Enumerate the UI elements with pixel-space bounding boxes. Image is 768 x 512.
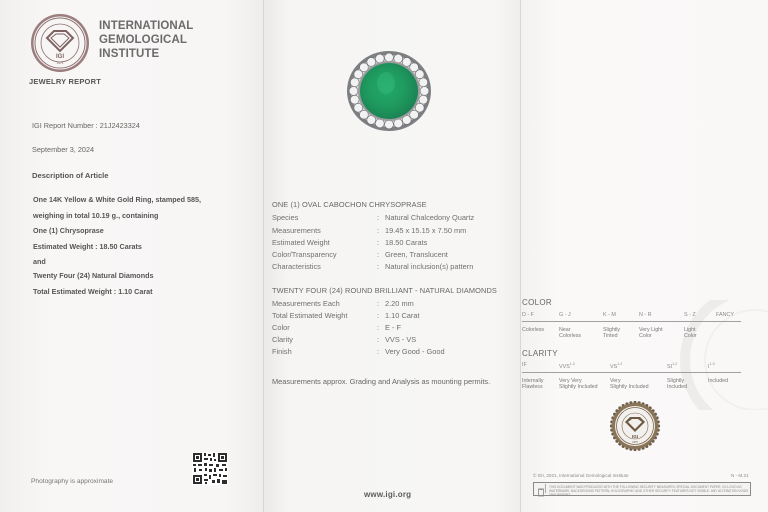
igi-logo-icon: IGI 1975 [30,13,90,73]
report-date: September 3, 2024 [32,145,94,154]
scale-grade: VVS1-2 [559,362,575,370]
copyright-text: © IGI, 2021, International Gemological I… [533,473,629,478]
scale-description: Included [708,378,728,384]
svg-text:IGI: IGI [56,54,64,60]
clarity-scale: IFVVS1-2VS1-2SI1-2I1-3 InternallyFlawles… [522,362,741,372]
scale-grade: D - F [522,312,534,318]
svg-text:IGI: IGI [632,434,638,439]
security-notice: This document was produced with the foll… [533,482,751,496]
scale-description: NearColorless [559,327,581,339]
color-scale-title: COLOR [522,298,552,307]
description-line: and [33,257,46,266]
fold-line [520,0,521,512]
description-line: Total Estimated Weight : 1.10 Carat [33,287,153,296]
description-line: One (1) Chrysoprase [33,226,104,235]
scale-description: SlightlyIncluded [667,378,687,390]
photography-note: Photography is approximate [31,478,113,485]
ring-photo [346,50,432,132]
scale-description: VerySlightly Included [610,378,649,390]
color-scale: D - FG - JK - MN - RS - ZFANCY Colorless… [522,312,741,322]
scale-description: LightColor [684,327,697,339]
divider [522,372,741,373]
description-line: One 14K Yellow & White Gold Ring, stampe… [33,195,201,204]
security-notice-text: This document was produced with the foll… [549,485,749,495]
scale-grade: G - J [559,312,571,318]
organization-name: INTERNATIONAL GEMOLOGICAL INSTITUTE [99,19,193,61]
clarity-scale-title: CLARITY [522,349,558,358]
report-type-label: JEWELRY REPORT [29,77,101,86]
fold-line [263,0,264,512]
scale-grade: SI1-2 [667,362,677,370]
qr-code[interactable] [192,452,228,485]
scale-description: InternallyFlawless [522,378,544,390]
document-lock-icon [536,484,546,493]
svg-text:1975: 1975 [632,441,638,444]
scale-grade: S - Z [684,312,696,318]
description-line: weighing in total 10.19 g., containing [33,211,158,220]
measurement-note: Measurements approx. Grading and Analysi… [272,377,512,386]
scale-description: SlightlyTinted [603,327,620,339]
center-stone-title: ONE (1) OVAL CABOCHON CHRYSOPRASE [272,200,427,209]
scale-grade: N - R [639,312,652,318]
scale-grade: VS1-2 [610,362,622,370]
scale-grade: FANCY [716,312,734,318]
description-line: Estimated Weight : 18.50 Carats [33,242,142,251]
svg-text:1975: 1975 [57,61,64,65]
description-title: Description of Article [32,171,109,180]
description-line: Twenty Four (24) Natural Diamonds [33,271,153,280]
divider [522,321,741,322]
scale-description: Very VerySlightly Included [559,378,598,390]
website-link[interactable]: www.igi.org [364,490,411,499]
igi-seal-icon: IGI 1975 [606,400,664,452]
side-stones-title: TWENTY FOUR (24) ROUND BRILLIANT - NATUR… [272,286,497,295]
scale-description: Very LightColor [639,327,663,339]
scale-grade: I1-3 [708,362,715,370]
scale-grade: IF [522,362,527,368]
report-number: IGI Report Number : 21J2423324 [32,121,140,130]
scale-description: Colorless [522,327,544,333]
scale-grade: K - M [603,312,616,318]
clarity-grades: IFVVS1-2VS1-2SI1-2I1-3 [522,362,741,372]
form-code: N - M.21 [731,473,749,478]
